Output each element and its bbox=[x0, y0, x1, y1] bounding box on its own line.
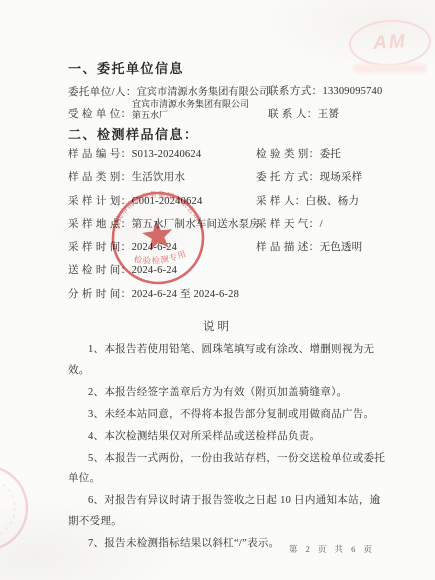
note-item: 1、本报告若使用铅笔、圆珠笔填写或有涂改、增删则视为无效。 bbox=[68, 340, 390, 381]
notes-list: 1、本报告若使用铅笔、圆珠笔填写或有涂改、增删则视为无效。 2、本报告经签字盖章… bbox=[68, 340, 390, 556]
field-label: 样 品 编 号： bbox=[68, 149, 132, 160]
sample-id-row: 样 品 编 号：S013-20240624 bbox=[68, 146, 201, 161]
field-label: 检 验 类 别： bbox=[256, 149, 320, 160]
inspection-seal-stamp: 宜宾市清源水务集团有限公司 检验检测专用章 bbox=[97, 177, 220, 300]
client-label: 委托单位/人： bbox=[68, 87, 137, 98]
field-value: 白极、杨力 bbox=[306, 196, 360, 207]
contact-label: 联系方式： bbox=[268, 86, 323, 97]
note-item: 5、本报告一式两份，一份由我站存档，一份交送检单位或委托单位。 bbox=[68, 449, 390, 490]
field-label: 样 品 描 述： bbox=[256, 242, 320, 253]
seam-seal-inner bbox=[0, 478, 15, 538]
report-page: AM 一、委托单位信息 委托单位/人：宜宾市清源水务集团有限公司 联系方式：13… bbox=[0, 0, 435, 580]
field-value: 委托 bbox=[320, 149, 341, 160]
field-label: 采 样 天 气： bbox=[256, 219, 320, 230]
svg-text:宜宾市清源水务集团有限公司: 宜宾市清源水务集团有限公司 bbox=[106, 184, 202, 233]
star-icon bbox=[141, 218, 175, 250]
field-value: 现场采样 bbox=[320, 172, 363, 183]
seal-company-arc-text: 宜宾市清源水务集团有限公司 bbox=[106, 184, 202, 233]
site-watermark: AM bbox=[348, 18, 432, 68]
note-item: 2、本报告经签字盖章后方为有效（附页加盖骑缝章）。 bbox=[68, 383, 390, 404]
note-item: 4、本次检测结果仅对所采样品或送检样品负责。 bbox=[68, 427, 390, 448]
note-item: 6、对报告有异议时请于报告签收之日起 10 日内通知本站，逾期不受理。 bbox=[68, 491, 390, 532]
contact-person-label: 联 系 人： bbox=[268, 109, 318, 120]
sample-description-row: 样 品 描 述：无色透明 bbox=[256, 239, 362, 254]
contact-person-value: 王赟 bbox=[318, 109, 339, 120]
inspected-unit-label: 受 检 单 位： bbox=[68, 106, 132, 121]
client-row: 委托单位/人：宜宾市清源水务集团有限公司 bbox=[68, 83, 269, 99]
field-value: S013-20240624 bbox=[132, 149, 202, 160]
contact-row: 联系方式：13309095740 bbox=[268, 83, 382, 98]
seal-purpose-arc-text: 检验检测专用章 bbox=[97, 177, 189, 272]
page-number: 第 2 页 共 6 页 bbox=[289, 543, 375, 555]
seam-seal-ring bbox=[0, 466, 27, 550]
watermark-subtext-blur bbox=[353, 64, 427, 73]
watermark-text: AM bbox=[373, 31, 408, 55]
inspection-type-row: 检 验 类 别：委托 bbox=[256, 146, 341, 161]
field-label: 样 品 类 别： bbox=[68, 172, 132, 183]
inspected-unit-value: 宜宾市清源水务集团有限公司 第五水厂 bbox=[132, 99, 282, 121]
contact-value: 13309095740 bbox=[323, 86, 383, 97]
field-label: 采 样 人： bbox=[256, 196, 306, 207]
seam-seal-stamp bbox=[0, 458, 33, 558]
svg-text:检验检测专用章: 检验检测专用章 bbox=[97, 177, 189, 272]
client-value: 宜宾市清源水务集团有限公司 bbox=[137, 87, 270, 98]
contact-person-row: 联 系 人：王赟 bbox=[268, 106, 339, 121]
notes-title: 说明 bbox=[0, 318, 435, 334]
inspected-unit-line1: 宜宾市清源水务集团有限公司 bbox=[132, 99, 249, 109]
inspected-unit-line2: 第五水厂 bbox=[132, 110, 168, 120]
sampler-row: 采 样 人：白极、杨力 bbox=[256, 193, 359, 208]
field-value: 无色透明 bbox=[320, 242, 363, 253]
note-item: 3、未经本站同意，不得将本报告部分复制或用做商品广告。 bbox=[68, 405, 390, 426]
section-sample-title: 二、检测样品信息： bbox=[68, 124, 199, 143]
field-value: / bbox=[320, 219, 323, 230]
sampling-weather-row: 采 样 天 气：/ bbox=[256, 216, 323, 231]
field-label: 委 托 方 式： bbox=[256, 172, 320, 183]
commission-mode-row: 委 托 方 式：现场采样 bbox=[256, 169, 362, 184]
section-client-title: 一、委托单位信息 bbox=[68, 58, 184, 77]
